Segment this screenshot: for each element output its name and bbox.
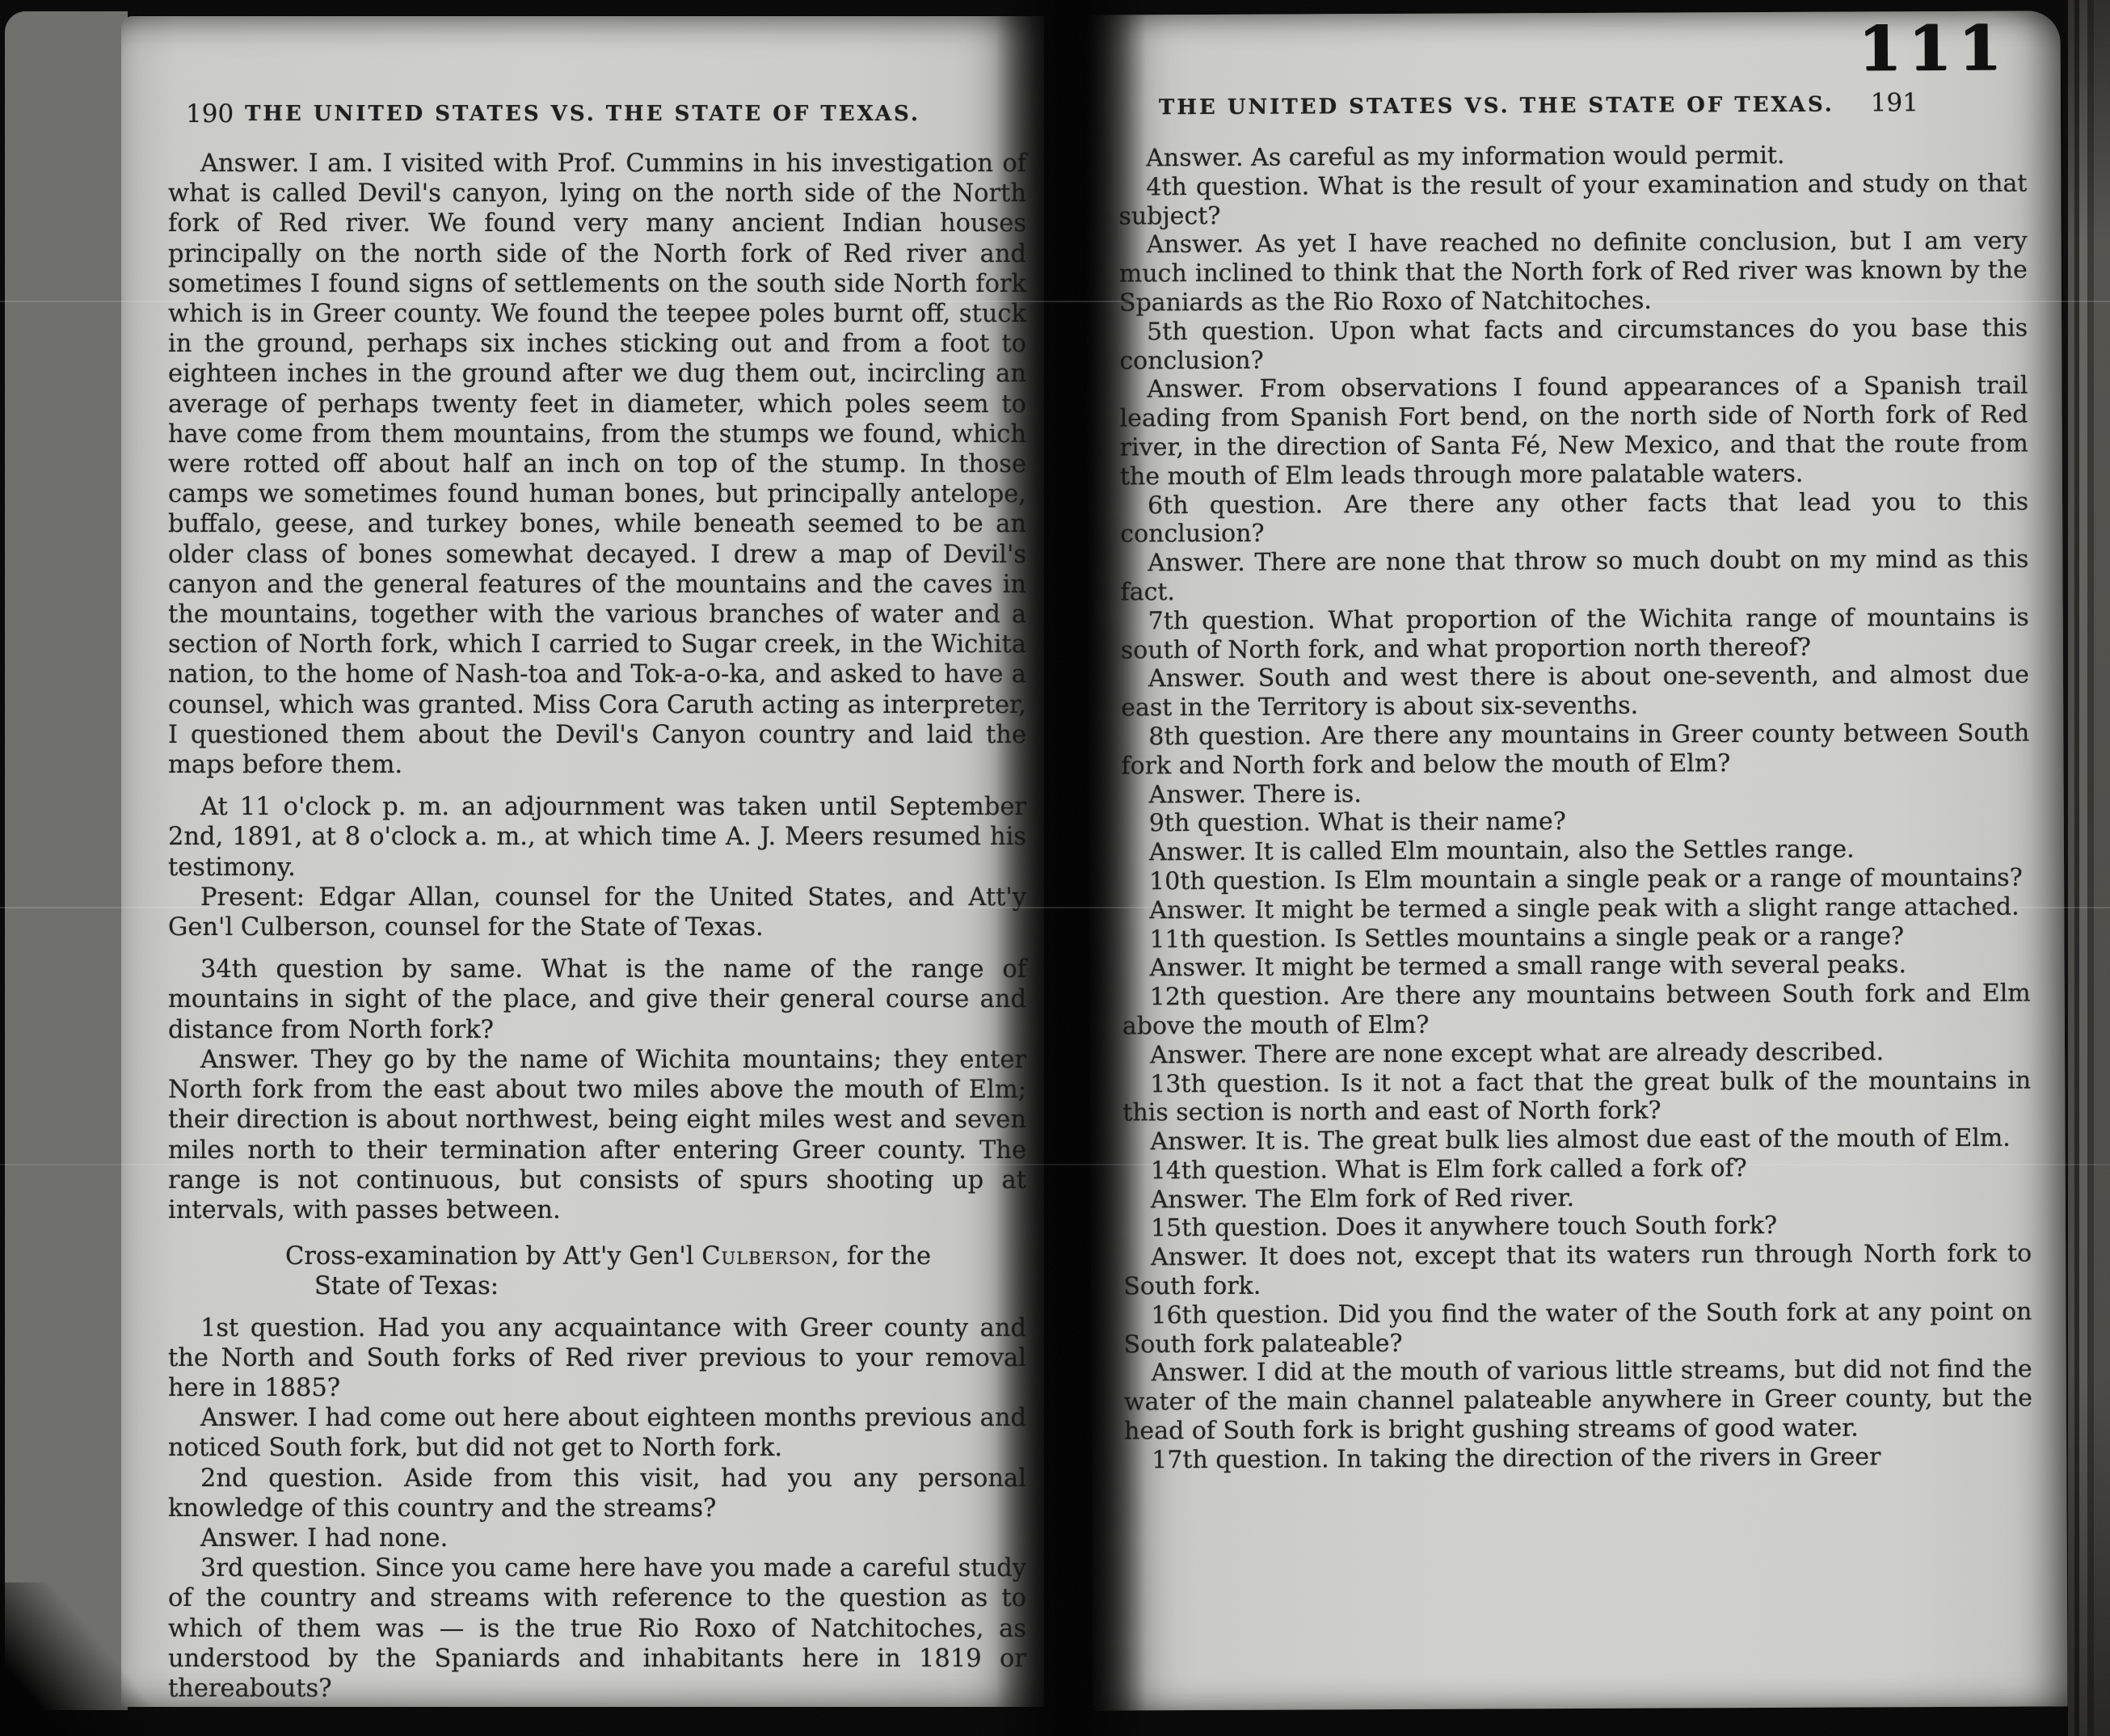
question-paragraph: 10th question. Is Elm mountain a single … [1122,863,2030,896]
answer-paragraph: Answer. I had come out here about eighte… [168,1403,1026,1463]
question-paragraph: 9th question. What is their name? [1122,806,2030,839]
running-head-left: 190 THE UNITED STATES VS. THE STATE OF T… [121,102,1044,136]
answer-paragraph: Answer. As yet I have reached no definit… [1119,227,2028,318]
answer-paragraph: Answer. It is. The great bulk lies almos… [1122,1124,2031,1157]
page-190-body: Answer. I am. I visited with Prof. Cummi… [168,149,1026,1704]
answer-paragraph: Answer. There is. [1122,777,2030,810]
answer-paragraph: Answer. It might be termed a small range… [1122,950,2030,984]
page-number-right: 191 [1871,88,1918,117]
page-190: 190 THE UNITED STATES VS. THE STATE OF T… [121,16,1044,1707]
counsel-name: Culberson [701,1242,832,1270]
answer-paragraph: Answer. As careful as my information wou… [1118,141,2027,174]
question-paragraph: 6th question. Are there any other facts … [1120,487,2028,549]
question-paragraph: 12th question. Are there any mountains b… [1122,980,2031,1041]
question-paragraph: 16th question. Did you find the water of… [1123,1297,2032,1359]
answer-paragraph: Answer. They go by the name of Wichita m… [168,1045,1026,1225]
scan-streak [0,301,2110,302]
answer-paragraph: Answer. I had none. [168,1523,1026,1553]
question-paragraph: 3rd question. Since you came here have y… [168,1553,1026,1704]
cross-examination-heading: Cross-examination by Att'y Gen'l Culbers… [168,1241,1002,1301]
answer-paragraph: Answer. From observations I found appear… [1119,372,2028,491]
answer-paragraph: Answer. There are none that throw so muc… [1120,546,2028,607]
answer-paragraph: Answer. It does not, except that its wat… [1123,1240,2032,1301]
running-title-left: THE UNITED STATES VS. THE STATE OF TEXAS… [218,102,947,126]
scan-streak [0,907,2110,908]
book-binding-right [2063,0,2110,1736]
archival-stamp: 111 [1859,18,2009,80]
answer-paragraph: Answer. South and west there is about on… [1121,661,2029,723]
question-paragraph: 34th question by same. What is the name … [168,954,1026,1045]
cross-examination-text-before: Cross-examination by Att'y Gen'l [285,1242,701,1270]
page-191: 111 THE UNITED STATES VS. THE STATE OF T… [1085,11,2067,1710]
answer-paragraph: Answer. I did at the mouth of various li… [1124,1355,2032,1446]
question-paragraph: 17th question. In taking the direction o… [1124,1442,2032,1475]
question-paragraph: 7th question. What proportion of the Wic… [1121,603,2029,664]
answer-paragraph: Answer. There are none except what are a… [1122,1037,2031,1070]
question-paragraph: 1st question. Had you any acquaintance w… [168,1313,1026,1404]
question-paragraph: 8th question. Are there any mountains in… [1121,718,2029,780]
answer-paragraph: Answer. I am. I visited with Prof. Cummi… [168,149,1026,780]
book-gutter-shadow [996,0,1146,1736]
question-paragraph: 5th question. Upon what facts and circum… [1119,314,2028,375]
adjournment-paragraph: At 11 o'clock p. m. an adjournment was t… [168,792,1026,883]
question-paragraph: 11th question. Is Settles mountains a si… [1122,921,2030,954]
question-paragraph: 4th question. What is the result of your… [1118,169,2027,230]
book-scan-photo: 190 THE UNITED STATES VS. THE STATE OF T… [0,0,2110,1736]
scan-streak [0,1164,2110,1165]
question-paragraph: 14th question. What is Elm fork called a… [1123,1152,2032,1186]
question-paragraph: 15th question. Does it anywhere touch So… [1123,1211,2032,1244]
answer-paragraph: Answer. It is called Elm mountain, also … [1122,835,2030,868]
question-paragraph: 2nd question. Aside from this visit, had… [168,1464,1026,1523]
question-paragraph: 13th question. Is it not a fact that the… [1122,1066,2031,1127]
answer-paragraph: Answer. The Elm fork of Red river. [1123,1182,2032,1215]
present-paragraph: Present: Edgar Allan, counsel for the Un… [168,883,1026,942]
page-corner-shadow [0,1582,226,1736]
answer-paragraph: Answer. It might be termed a single peak… [1122,892,2030,925]
running-head-right: THE UNITED STATES VS. THE STATE OF TEXAS… [1086,91,2061,129]
running-title-right: THE UNITED STATES VS. THE STATE OF TEXAS… [1118,92,1875,120]
book-page-edges-left [5,11,128,1710]
page-191-body: Answer. As careful as my information wou… [1118,141,2032,1476]
